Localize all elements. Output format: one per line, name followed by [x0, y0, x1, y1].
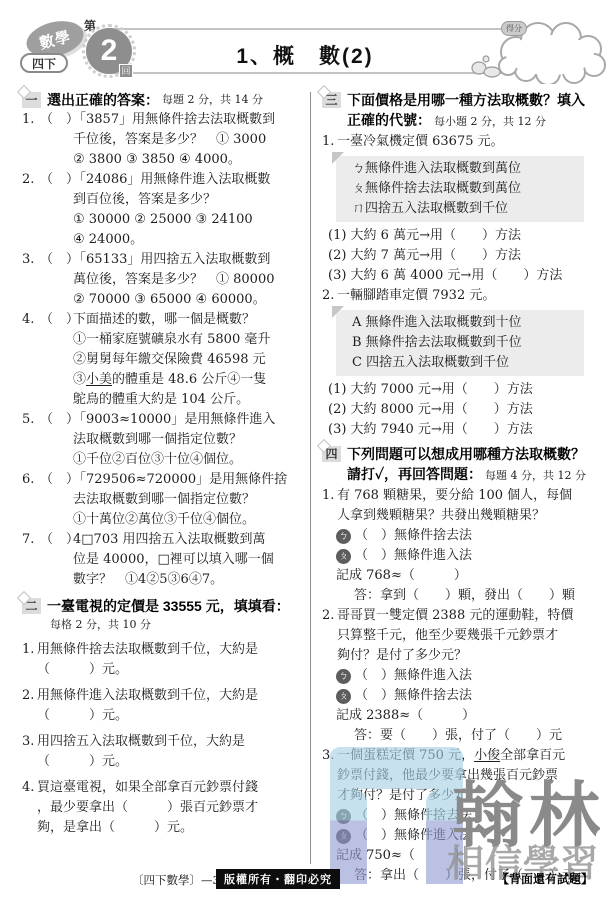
- problem-line: 夠付？是付了多少元？: [322, 646, 604, 666]
- item-number: 1.: [322, 486, 337, 506]
- section-3-title-part: 正確的代號：: [347, 112, 431, 128]
- answer-blank-parens: （ ）: [40, 410, 73, 430]
- price-item-row: 2. 一輛腳踏車定價 7932 元。: [322, 286, 604, 306]
- question-number: 3.: [22, 250, 40, 270]
- question-row: 1. （ ） 「3857」用無條件捨去法取概數到: [22, 110, 304, 130]
- question-line: 到百位後，答案是多少？: [22, 190, 304, 210]
- problem-line: 人拿到幾顆糖果？共發出幾顆糖果？: [322, 506, 604, 526]
- page-title: 1、概 數(2): [150, 40, 460, 70]
- question-line: 4□703 用四捨五入法取概數到萬: [73, 530, 304, 550]
- question-number: 5.: [22, 410, 40, 430]
- method-check-row: ㄆ （ ）無條件進入法: [322, 546, 604, 566]
- method-option: ㄇ四捨五入法取概數到千位: [352, 199, 576, 219]
- method-option: B 無條件捨去法取概數到千位: [352, 333, 576, 353]
- sub-question: (3) 大約 6 萬 4000 元→用（ ）方法: [322, 266, 604, 286]
- method-check-label: （ ）無條件進入法: [355, 546, 472, 566]
- method-check-row: ㄆ （ ）無條件進入法: [322, 826, 604, 846]
- item-intro: 一臺冷氣機定價 63675 元。: [337, 132, 604, 152]
- question-line: ③小美的體重是 48.6 公斤④一隻: [22, 370, 304, 390]
- section-3-title-line1: 下面價格是用哪一種方法取概數？填入: [347, 90, 585, 110]
- column-divider: [310, 92, 311, 864]
- method-option: ㄅ無條件進入法取概數到萬位: [352, 159, 576, 179]
- answer-blank-parens: （ ）: [40, 110, 73, 130]
- question-row: 2. （ ） 「24086」用無條件進入法取概數: [22, 170, 304, 190]
- problem-line: 有 768 顆糖果，要分給 100 個人，每個: [337, 486, 604, 506]
- sub-question: (2) 大約 7 萬元→用（ ）方法: [322, 246, 604, 266]
- answer-blank-parens: （ ）: [40, 310, 73, 330]
- question-line: ②舅舅每年繳交保險費 46598 元: [22, 350, 304, 370]
- method-option: C 四捨五入法取概數到千位: [352, 353, 576, 373]
- score-label: 得分: [501, 21, 527, 36]
- method-check-label: （ ）無條件進入法: [355, 666, 472, 686]
- item-line: 夠，是拿出（ ）元。: [22, 818, 304, 838]
- grade-badge: 四下: [20, 53, 68, 73]
- page-number: 〔四下數學〕—3: [132, 872, 220, 888]
- section-marker-icon: 三: [322, 92, 341, 108]
- method-option: A 無條件進入法取概數到十位: [352, 313, 576, 333]
- option-badge-icon: ㄅ: [336, 529, 351, 544]
- header-rule-top: [106, 28, 546, 30]
- item-line: 買這臺電視，如果全部拿百元鈔票付錢: [37, 778, 304, 798]
- question-line: 下面描述的數，哪一個是概數？: [73, 310, 304, 330]
- question-line: 千位後，答案是多少？ ① 3000: [22, 130, 304, 150]
- item-number: 2.: [322, 606, 337, 626]
- question-line: 鴕鳥的體重大約是 104 公斤。: [22, 390, 304, 410]
- method-check-label: （ ）無條件捨去法: [355, 526, 472, 546]
- section-3-header: 三 下面價格是用哪一種方法取概數？填入: [322, 90, 604, 110]
- method-options-box: ㄅ無條件進入法取概數到萬位 ㄆ無條件捨去法取概數到萬位 ㄇ四捨五入法取概數到千位: [336, 156, 584, 222]
- section-4-title-line2: 請打✓，再回答問題：每題 4 分，共 12 分: [322, 464, 604, 486]
- question-line: 數字？ ①4②5③6④7。: [22, 570, 304, 590]
- question-line: ① 30000 ② 25000 ③ 24100: [22, 210, 304, 230]
- word-problem-row: 2. 哥哥買一雙定價 2388 元的運動鞋，特價: [322, 606, 604, 626]
- method-options-box: A 無條件進入法取概數到十位 B 無條件捨去法取概數到千位 C 四捨五入法取概數…: [336, 310, 584, 376]
- question-line: 「9003≈10000」是用無條件進入: [73, 410, 304, 430]
- item-number: 2.: [322, 286, 337, 306]
- item-number: 3.: [322, 746, 337, 766]
- item-number: 1.: [322, 132, 337, 152]
- sub-question: (1) 大約 7000 元→用（ ）方法: [322, 380, 604, 400]
- answer-blank-parens: （ ）: [40, 250, 73, 270]
- section-marker-icon: 二: [22, 598, 41, 614]
- answer-line: 答：要（ ）張，付了（ ）元: [322, 726, 604, 746]
- section-1-points: 每題 2 分，共 14 分: [162, 90, 263, 110]
- question-number: 2.: [22, 170, 40, 190]
- answer-blank-parens: （ ）: [40, 170, 73, 190]
- question-line: ①一桶家庭號礦泉水有 5800 毫升: [22, 330, 304, 350]
- method-check-label: （ ）無條件捨去法: [355, 806, 472, 826]
- item-line: 用無條件進入法取概數到千位，大約是: [37, 686, 304, 706]
- question-line: 「24086」用無條件進入法取概數: [73, 170, 304, 190]
- question-line: ①千位②百位③十位④個位。: [22, 450, 304, 470]
- rocks-doodle-icon: [470, 52, 506, 78]
- method-check-row: ㄅ （ ）無條件進入法: [322, 666, 604, 686]
- sub-question: (1) 大約 6 萬元→用（ ）方法: [322, 226, 604, 246]
- item-line: （ ）元。: [22, 752, 304, 772]
- question-row: 4. （ ） 下面描述的數，哪一個是概數？: [22, 310, 304, 330]
- section-1-title: 選出正確的答案：: [47, 90, 159, 110]
- item-number: 4.: [22, 778, 37, 798]
- option-badge-icon: ㄅ: [336, 809, 351, 824]
- question-line-part: 的體重是 48.6 公斤④一隻: [112, 372, 266, 387]
- question-line: 「3857」用無條件捨去法取概數到: [73, 110, 304, 130]
- word-problem-row: 3. 一個蛋糕定價 750 元，小俊全部拿百元: [322, 746, 604, 766]
- item-number: 2.: [22, 686, 37, 706]
- question-line: ② 70000 ③ 65000 ④ 60000。: [22, 290, 304, 310]
- question-line: 「729506≈720000」是用無條件捨: [73, 470, 304, 490]
- question-line: ④ 24000。: [22, 230, 304, 250]
- section-1-header: 一 選出正確的答案： 每題 2 分，共 14 分: [22, 90, 304, 110]
- option-badge-icon: ㄆ: [336, 549, 351, 564]
- question-number: 6.: [22, 470, 40, 490]
- fill-item-row: 1. 用無條件捨去法取概數到千位，大約是: [22, 640, 304, 660]
- section-marker-icon: 一: [22, 92, 41, 108]
- answer-line: 答：拿到（ ）顆，發出（ ）顆: [322, 586, 604, 606]
- item-line: （ ）元。: [22, 660, 304, 680]
- item-line: ，最少要拿出（ ）張百元鈔票才: [22, 798, 304, 818]
- section-4-title-part: 請打✓，再回答問題：: [347, 466, 482, 482]
- underlined-name: 小美: [86, 372, 112, 387]
- sub-question: (2) 大約 8000 元→用（ ）方法: [322, 400, 604, 420]
- question-number: 7.: [22, 530, 40, 550]
- section-2-header: 二 一臺電視的定價是 33555 元，填填看：: [22, 596, 304, 616]
- method-check-row: ㄅ （ ）無條件捨去法: [322, 526, 604, 546]
- question-line: 「65133」用四捨五入法取概數到: [73, 250, 304, 270]
- question-row: 7. （ ） 4□703 用四捨五入法取概數到萬: [22, 530, 304, 550]
- item-number: 3.: [22, 732, 37, 752]
- problem-line-part: 全部拿百元: [500, 748, 565, 763]
- question-line: ①十萬位②萬位③千位④個位。: [22, 510, 304, 530]
- answer-blank-parens: （ ）: [40, 470, 73, 490]
- item-intro: 一輛腳踏車定價 7932 元。: [337, 286, 604, 306]
- underlined-name: 小俊: [474, 748, 500, 763]
- section-2-title: 一臺電視的定價是 33555 元，填填看：: [47, 596, 290, 616]
- question-row: 6. （ ） 「729506≈720000」是用無條件捨: [22, 470, 304, 490]
- question-row: 3. （ ） 「65133」用四捨五入法取概數到: [22, 250, 304, 270]
- method-option: ㄆ無條件捨去法取概數到萬位: [352, 179, 576, 199]
- item-number: 1.: [22, 640, 37, 660]
- right-column: 三 下面價格是用哪一種方法取概數？填入 正確的代號：每小題 2 分，共 12 分…: [322, 90, 604, 886]
- answer-blank-parens: （ ）: [40, 530, 73, 550]
- section-3-title-line2: 正確的代號：每小題 2 分，共 12 分: [322, 110, 604, 132]
- question-number: 4.: [22, 310, 40, 330]
- price-item-row: 1. 一臺冷氣機定價 63675 元。: [322, 132, 604, 152]
- rounding-note: 記成 750≈（ ）: [322, 846, 604, 866]
- lesson-prefix: 第: [84, 17, 96, 34]
- worksheet-page: 數學 四下 第 2 回 1、概 數(2) 得分 一 選出正確的答案： 每題 2 …: [0, 0, 615, 904]
- rounding-note: 記成 768≈（ ）: [322, 566, 604, 586]
- section-marker-icon: 四: [322, 446, 341, 462]
- problem-line: 一個蛋糕定價 750 元，小俊全部拿百元: [337, 746, 604, 766]
- backside-note: 【背面還有試題】: [497, 870, 593, 887]
- sub-question: (3) 大約 7940 元→用（ ）方法: [322, 420, 604, 440]
- question-line-part: ③: [73, 372, 86, 387]
- option-badge-icon: ㄆ: [336, 689, 351, 704]
- section-4-header: 四 下列問題可以想成用哪種方法取概數？: [322, 444, 604, 464]
- fill-item-row: 3. 用四捨五入法取概數到千位，大約是: [22, 732, 304, 752]
- problem-line-part: 一個蛋糕定價 750 元，: [337, 748, 474, 763]
- section-4-title-line1: 下列問題可以想成用哪種方法取概數？: [347, 444, 585, 464]
- lesson-suffix: 回: [119, 64, 133, 78]
- problem-line: 哥哥買一雙定價 2388 元的運動鞋，特價: [337, 606, 604, 626]
- problem-line: 鈔票付錢，他最少要拿出幾張百元鈔票: [322, 766, 604, 786]
- problem-line: 只算整千元，他至少要幾張千元鈔票才: [322, 626, 604, 646]
- method-check-label: （ ）無條件進入法: [355, 826, 472, 846]
- rounding-note: 記成 2388≈（ ）: [322, 706, 604, 726]
- question-row: 5. （ ） 「9003≈10000」是用無條件進入: [22, 410, 304, 430]
- fill-item-row: 4. 買這臺電視，如果全部拿百元鈔票付錢: [22, 778, 304, 798]
- option-badge-icon: ㄆ: [336, 829, 351, 844]
- question-line: 萬位後，答案是多少？ ① 80000: [22, 270, 304, 290]
- item-line: 用四捨五入法取概數到千位，大約是: [37, 732, 304, 752]
- problem-line: 才夠付？是付了多少元？: [322, 786, 604, 806]
- left-column: 一 選出正確的答案： 每題 2 分，共 14 分 1. （ ） 「3857」用無…: [22, 90, 304, 838]
- question-line: 法取概數到哪一個指定位數？: [22, 430, 304, 450]
- method-check-row: ㄆ （ ）無條件捨去法: [322, 686, 604, 706]
- section-3-points: 每小題 2 分，共 12 分: [434, 115, 546, 128]
- option-badge-icon: ㄅ: [336, 669, 351, 684]
- item-line: 用無條件捨去法取概數到千位，大約是: [37, 640, 304, 660]
- word-problem-row: 1. 有 768 顆糖果，要分給 100 個人，每個: [322, 486, 604, 506]
- item-line: （ ）元。: [22, 706, 304, 726]
- question-line: 去法取概數到哪一個指定位數？: [22, 490, 304, 510]
- question-line: 位是 40000，□裡可以填入哪一個: [22, 550, 304, 570]
- question-number: 1.: [22, 110, 40, 130]
- method-check-row: ㄅ （ ）無條件捨去法: [322, 806, 604, 826]
- fill-item-row: 2. 用無條件進入法取概數到千位，大約是: [22, 686, 304, 706]
- copyright-notice: 版權所有・翻印必究: [216, 869, 340, 889]
- section-4-points: 每題 4 分，共 12 分: [485, 469, 586, 482]
- section-2-points: 每格 2 分，共 10 分: [25, 616, 304, 634]
- method-check-label: （ ）無條件捨去法: [355, 686, 472, 706]
- question-line: ② 3800 ③ 3850 ④ 4000。: [22, 150, 304, 170]
